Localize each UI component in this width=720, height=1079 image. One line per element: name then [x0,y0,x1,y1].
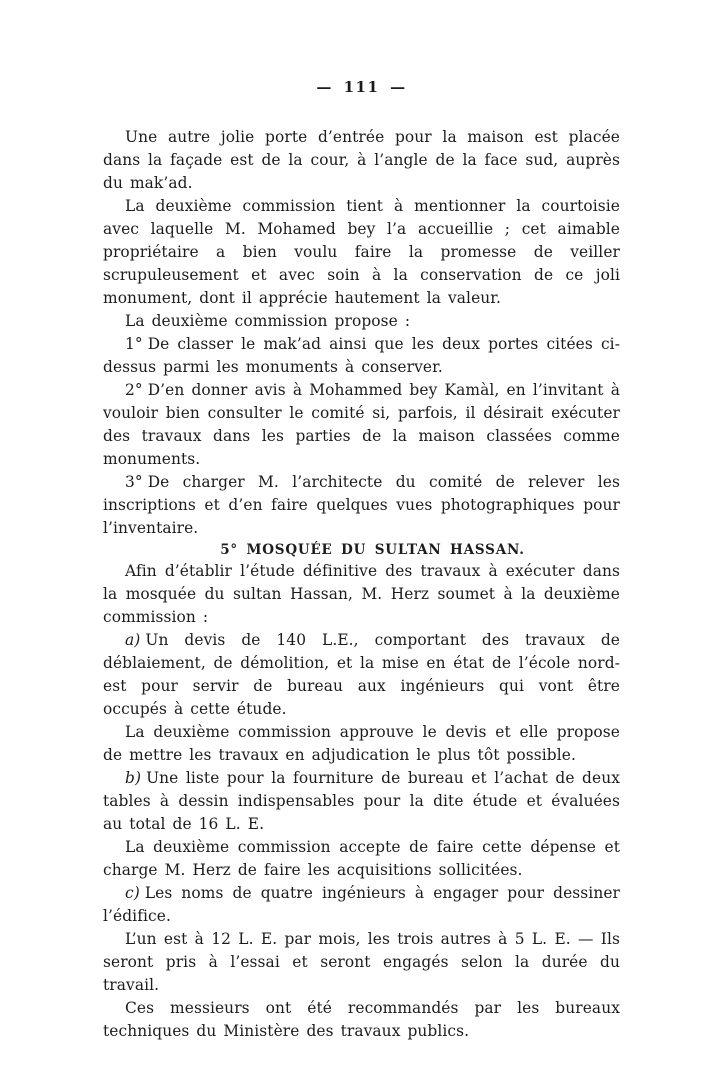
paragraph: La deuxième commission propose : [103,310,620,333]
paragraph: Ces messieurs ont été recommandés par le… [103,997,620,1043]
paragraph: L’un est à 12 L. E. par mois, les trois … [103,928,620,997]
paragraph-item-c: c)Les noms de quatre ingénieurs à engage… [103,882,620,928]
paragraph: Afin d’établir l’étude définitive des tr… [103,560,620,629]
paragraph: La deuxième commission accepte de faire … [103,836,620,882]
page-number: — 111 — [103,78,620,96]
paragraph-item-2: 2°D’en donner avis à Mohammed bey Kamàl,… [103,379,620,471]
item-letter: b) [125,769,141,787]
paragraph: Une autre jolie porte d’entrée pour la m… [103,126,620,195]
paragraph-item-a: a)Un devis de 140 L.E., comportant des t… [103,629,620,721]
paragraph-item-b: b)Une liste pour la fourniture de bureau… [103,767,620,836]
paragraph: La deuxième commission tient à mentionne… [103,195,620,310]
document-page: — 111 — Une autre jolie porte d’entrée p… [0,0,720,1079]
item-number: 1° [125,335,143,353]
page-body: Une autre jolie porte d’entrée pour la m… [103,126,620,1043]
paragraph-item-1: 1°De classer le mak’ad ainsi que les deu… [103,333,620,379]
paragraph-item-3: 3°De charger M. l’architecte du comité d… [103,471,620,540]
item-number: 2° [125,381,143,399]
section-heading: 5° MOSQUÉE DU SULTAN HASSAN. [103,540,620,560]
item-number: 3° [125,473,143,491]
item-letter: c) [125,884,140,902]
paragraph: La deuxième commission approuve le devis… [103,721,620,767]
item-letter: a) [125,631,140,649]
